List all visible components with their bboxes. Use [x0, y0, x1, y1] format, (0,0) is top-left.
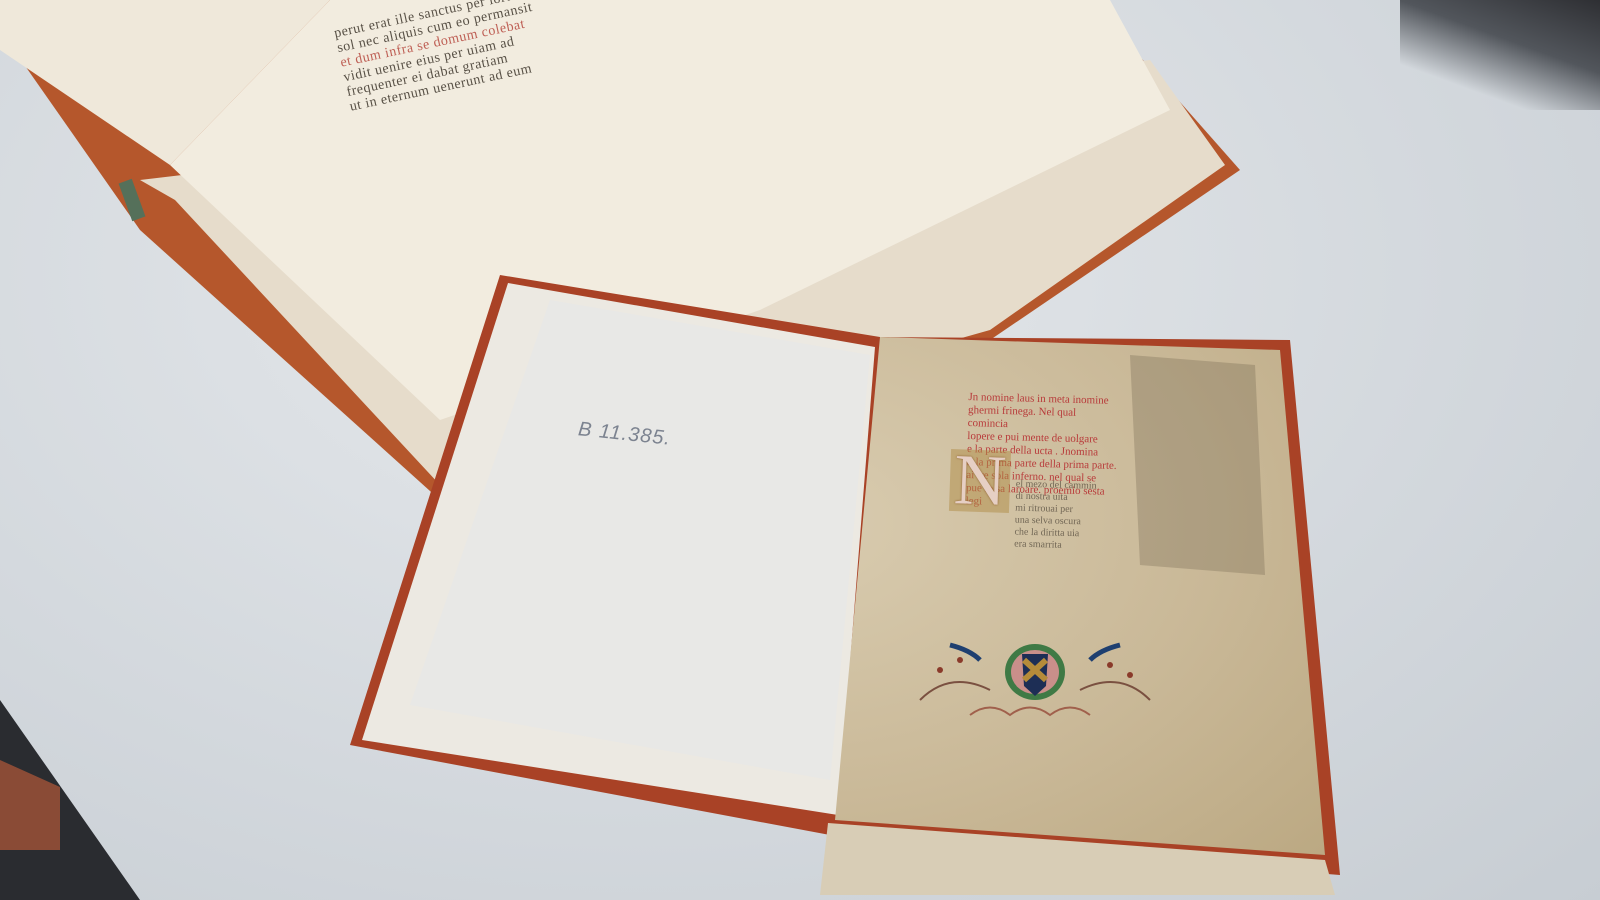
background-shadow [1400, 0, 1600, 110]
folio-text: el mezo del cammin di nostra uita mi rit… [1014, 479, 1126, 554]
rubric-line: ghermi frinega. Nel qual comincia [968, 404, 1119, 434]
floral-decoration-icon [910, 630, 1160, 720]
illuminated-initial: N [949, 449, 1011, 513]
front-manuscript: B 11.385. Jn nomine laus in meta inomine… [350, 275, 1340, 895]
